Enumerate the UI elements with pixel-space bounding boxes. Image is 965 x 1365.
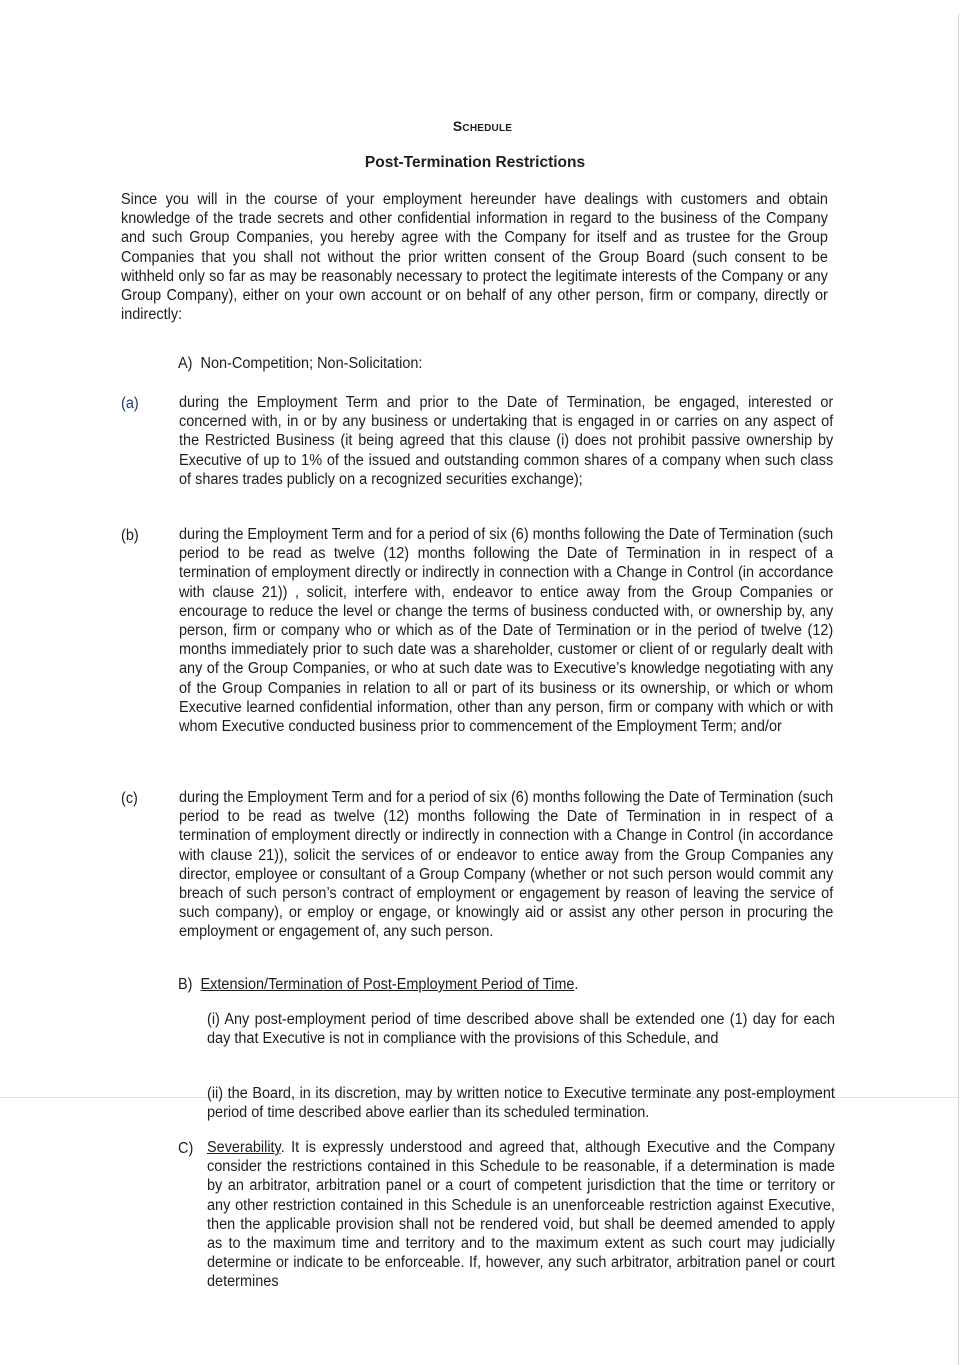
section-c-body: . It is expressly understood and agreed … — [207, 1139, 835, 1290]
section-a-label: A) — [178, 355, 192, 372]
section-b-item-ii: (ii) the Board, in its discretion, may b… — [207, 1084, 835, 1122]
section-b-title-period: . — [574, 976, 578, 993]
clause-c-text: during the Employment Term and for a per… — [179, 788, 833, 942]
section-b-item-i: (i) Any post-employment period of time d… — [207, 1010, 835, 1048]
page-edge — [958, 14, 959, 1365]
clause-b-label: (b) — [121, 527, 139, 545]
section-b-label: B) — [178, 976, 192, 993]
section-c-text: Severability. It is expressly understood… — [207, 1138, 835, 1292]
clause-a-text: during the Employment Term and prior to … — [179, 393, 833, 489]
clause-b-text: during the Employment Term and for a per… — [179, 525, 833, 736]
section-c-label: C) — [178, 1140, 193, 1158]
intro-paragraph: Since you will in the course of your emp… — [121, 190, 828, 324]
section-b-heading: B) Extension/Termination of Post-Employm… — [178, 976, 578, 994]
section-a-title: Non-Competition; Non-Solicitation: — [201, 355, 423, 372]
section-a-heading: A) Non-Competition; Non-Solicitation: — [178, 355, 422, 373]
section-c-title: Severability — [207, 1139, 281, 1156]
clause-c-label: (c) — [121, 790, 138, 808]
schedule-title: Schedule — [0, 118, 965, 134]
clause-a-label: (a) — [121, 395, 139, 413]
page-subtitle: Post-Termination Restrictions — [0, 154, 950, 172]
section-b-title: Extension/Termination of Post-Employment… — [201, 976, 575, 993]
